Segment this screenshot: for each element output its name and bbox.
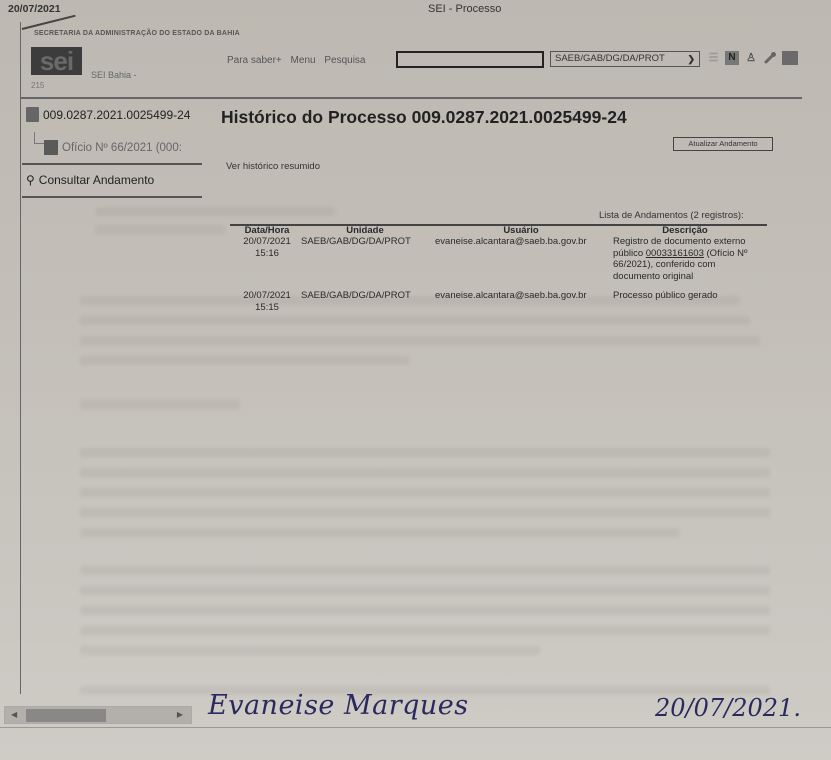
cell-user: evaneise.alcantara@saeb.ba.gov.br — [432, 236, 610, 290]
andamentos-table: Data/Hora Unidade Usuário Descrição 20/0… — [236, 225, 760, 321]
org-name: SEI Bahia - — [91, 70, 137, 80]
handwritten-signature: Evaneise Marques — [208, 690, 469, 721]
scroll-right-icon[interactable]: ▶ — [177, 710, 183, 719]
table-header-row: Data/Hora Unidade Usuário Descrição — [236, 225, 760, 236]
table-row: 20/07/202115:16 SAEB/GAB/DG/DA/PROT evan… — [236, 236, 760, 290]
search-input[interactable] — [396, 51, 544, 68]
page-bottom-rule — [0, 727, 831, 728]
nav-para-saber[interactable]: Para saber+ — [227, 55, 282, 66]
cell-datetime: 20/07/202115:15 — [236, 290, 298, 321]
consultar-andamento-link[interactable]: ⚲ Consultar Andamento — [26, 173, 154, 187]
tree-document[interactable]: Ofício Nº 66/2021 (000: — [34, 140, 182, 155]
scrollbar-thumb[interactable] — [26, 709, 106, 722]
process-number[interactable]: 009.0287.2021.0025499-24 — [43, 108, 190, 122]
tree-process[interactable]: 009.0287.2021.0025499-24 — [26, 107, 190, 122]
cell-description: Processo público gerado — [610, 290, 760, 321]
user-icon[interactable]: ♙ — [744, 51, 758, 65]
print-date: 20/07/2021 — [8, 3, 61, 15]
col-descricao: Descrição — [610, 225, 760, 236]
handwritten-date: 20/07/2021. — [655, 694, 801, 722]
unit-select[interactable]: SAEB/GAB/DG/DA/PROT ❯ — [550, 51, 700, 67]
col-data-hora: Data/Hora — [236, 225, 298, 236]
notes-icon[interactable]: N — [725, 51, 739, 65]
nav-pesquisa[interactable]: Pesquisa — [324, 55, 365, 66]
page-title: Histórico do Processo 009.0287.2021.0025… — [221, 107, 627, 128]
nav-menu[interactable]: Menu — [291, 55, 316, 66]
list-caption: Lista de Andamentos (2 registros): — [599, 210, 744, 221]
document-label[interactable]: Ofício Nº 66/2021 (000: — [62, 142, 182, 154]
sidebar-divider — [22, 163, 202, 165]
exit-icon[interactable] — [782, 51, 798, 65]
cell-unit: SAEB/GAB/DG/DA/PROT — [298, 290, 432, 321]
agency-name: SECRETARIA DA ADMINISTRAÇÃO DO ESTADO DA… — [34, 30, 240, 37]
col-usuario: Usuário — [432, 225, 610, 236]
sidebar-divider — [22, 196, 202, 198]
consultar-andamento-label: Consultar Andamento — [39, 173, 154, 187]
top-nav: Para saber+ Menu Pesquisa — [227, 55, 371, 66]
cell-user: evaneise.alcantara@saeb.ba.gov.br — [432, 290, 610, 321]
process-folder-icon — [26, 107, 39, 122]
toolbar: ☰ N ♙ — [706, 51, 798, 65]
col-unidade: Unidade — [298, 225, 432, 236]
table-row: 20/07/202115:15 SAEB/GAB/DG/DA/PROT evan… — [236, 290, 760, 321]
search-key-icon: ⚲ — [26, 173, 35, 187]
document-link[interactable]: 00033161603 — [646, 248, 704, 259]
wrench-icon[interactable] — [763, 51, 777, 65]
ver-historico-resumido-link[interactable]: Ver histórico resumido — [226, 161, 320, 172]
cell-unit: SAEB/GAB/DG/DA/PROT — [298, 236, 432, 290]
sei-logo[interactable]: sei — [31, 47, 82, 75]
atualizar-andamento-button[interactable]: Atualizar Andamento — [673, 137, 773, 151]
list-icon[interactable]: ☰ — [706, 51, 720, 65]
cell-datetime: 20/07/202115:16 — [236, 236, 298, 290]
header-divider — [20, 97, 802, 99]
print-header: 20/07/2021 SEI - Processo — [0, 0, 831, 18]
document-icon — [44, 140, 58, 155]
cell-description: Registro de documento externo público 00… — [610, 236, 760, 290]
unit-select-value: SAEB/GAB/DG/DA/PROT — [555, 53, 665, 64]
logo-subtext: 215 — [31, 81, 44, 90]
horizontal-scrollbar[interactable]: ◀ ▶ — [4, 706, 192, 724]
chevron-down-icon: ❯ — [687, 52, 695, 66]
print-title: SEI - Processo — [428, 3, 501, 15]
scroll-left-icon[interactable]: ◀ — [11, 710, 17, 719]
